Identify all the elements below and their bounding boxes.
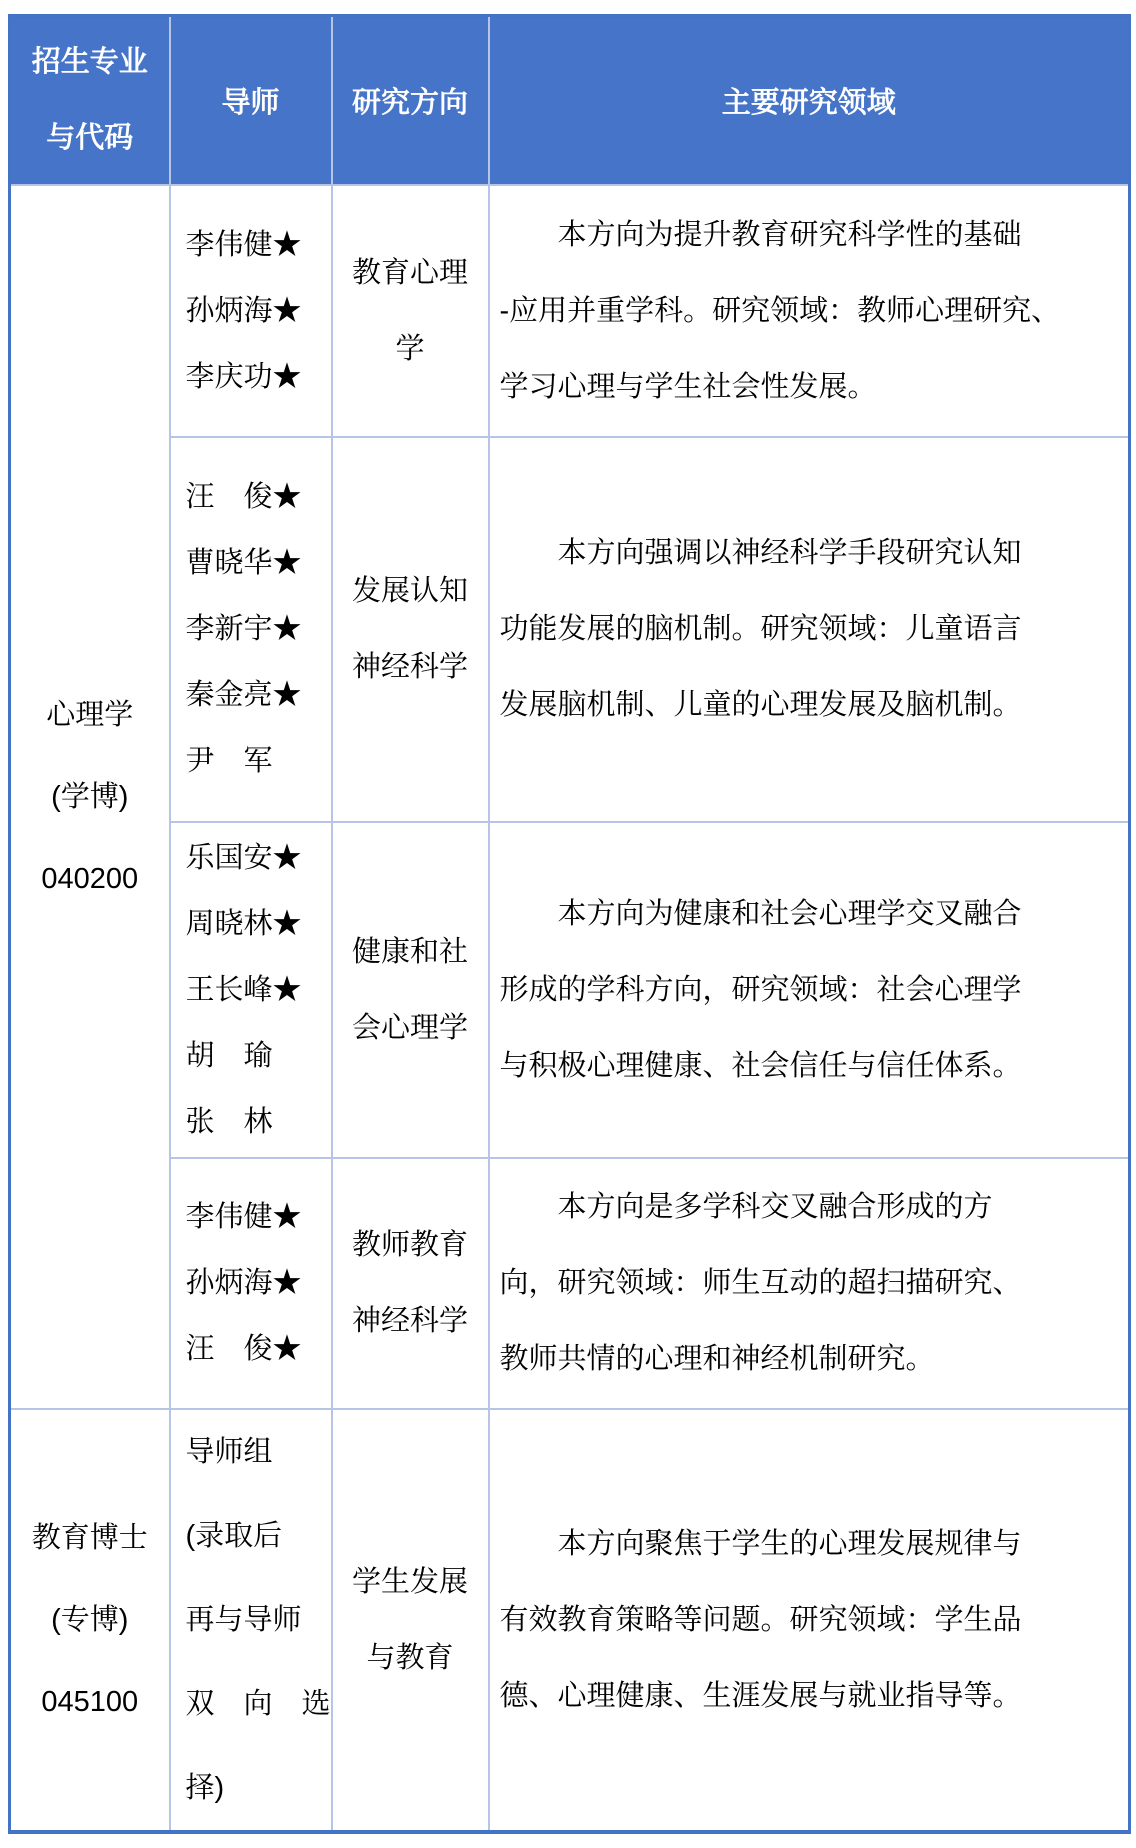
advisor-name: 秦金亮★ (186, 662, 331, 728)
research-line: 本方向是多学科交叉融合形成的方 (500, 1169, 1117, 1245)
advisor-group-line: 再与导师 (186, 1578, 331, 1662)
direction-cell-student-development: 学生发展 与教育 (332, 1409, 489, 1832)
header-advisor: 导师 (170, 16, 332, 185)
table-row-psychology-1: 心理学 (学博) 040200 李伟健★ 孙炳海★ 李庆功★ 教育心理 学 本方… (10, 185, 1130, 437)
research-line: -应用并重学科。研究领域：教师心理研究、 (500, 273, 1117, 349)
direction-cell-teacher-education-neuroscience: 教师教育 神经科学 (332, 1158, 489, 1409)
advisor-name: 李伟健★ (186, 212, 331, 278)
direction-line: 会心理学 (333, 990, 488, 1066)
advisor-cell-student-development: 导师组 (录取后 再与导师 双 向 选 择) (170, 1409, 332, 1832)
major-name: 教育博士 (11, 1497, 169, 1579)
advisor-group-line: 双 向 选 (186, 1662, 331, 1746)
research-line: 教师共情的心理和神经机制研究。 (500, 1321, 1117, 1397)
major-name: 心理学 (11, 674, 169, 756)
advisor-name: 王长峰★ (186, 957, 331, 1023)
research-line: 形成的学科方向，研究领域：社会心理学 (500, 952, 1117, 1028)
advisor-name: 胡 瑜 (186, 1023, 331, 1089)
direction-line: 教师教育 (333, 1207, 488, 1283)
major-degree-type: (学博) (11, 756, 169, 838)
advisor-name: 李庆功★ (186, 344, 331, 410)
research-cell-teacher-education-neuroscience: 本方向是多学科交叉融合形成的方 向，研究领域：师生互动的超扫描研究、 教师共情的… (489, 1158, 1130, 1409)
header-major-line2: 与代码 (11, 100, 169, 176)
research-line: 向，研究领域：师生互动的超扫描研究、 (500, 1245, 1117, 1321)
direction-line: 学生发展 (333, 1544, 488, 1620)
research-cell-health-social-psychology: 本方向为健康和社会心理学交叉融合 形成的学科方向，研究领域：社会心理学 与积极心… (489, 822, 1130, 1158)
direction-line: 神经科学 (333, 629, 488, 705)
table-row-psychology-2: 汪 俊★ 曹晓华★ 李新宇★ 秦金亮★ 尹 军 发展认知 神经科学 本方向强调以… (10, 437, 1130, 822)
direction-line: 教育心理 (333, 235, 488, 311)
direction-cell-developmental-cognitive-neuroscience: 发展认知 神经科学 (332, 437, 489, 822)
advisor-group-line: 导师组 (186, 1410, 331, 1494)
advisor-name: 张 林 (186, 1089, 331, 1155)
direction-line: 与教育 (333, 1620, 488, 1696)
advisor-name: 孙炳海★ (186, 1250, 331, 1316)
major-cell-edd: 教育博士 (专博) 045100 (10, 1409, 170, 1832)
admissions-table: 招生专业 与代码 导师 研究方向 主要研究领域 心理学 (学博) 040200 … (8, 14, 1131, 1834)
research-line: 与积极心理健康、社会信任与信任体系。 (500, 1028, 1117, 1104)
table-row-edd: 教育博士 (专博) 045100 导师组 (录取后 再与导师 双 向 选 择) … (10, 1409, 1130, 1832)
advisor-name: 乐国安★ (186, 825, 331, 891)
research-cell-educational-psychology: 本方向为提升教育研究科学性的基础 -应用并重学科。研究领域：教师心理研究、 学习… (489, 185, 1130, 437)
advisor-cell-developmental-cognitive-neuroscience: 汪 俊★ 曹晓华★ 李新宇★ 秦金亮★ 尹 军 (170, 437, 332, 822)
direction-line: 健康和社 (333, 914, 488, 990)
research-cell-student-development: 本方向聚焦于学生的心理发展规律与 有效教育策略等问题。研究领域：学生品 德、心理… (489, 1409, 1130, 1832)
advisor-name: 汪 俊★ (186, 1316, 331, 1382)
major-cell-psychology: 心理学 (学博) 040200 (10, 185, 170, 1409)
advisor-group-line: 择) (186, 1746, 331, 1830)
table-row-psychology-3: 乐国安★ 周晓林★ 王长峰★ 胡 瑜 张 林 健康和社 会心理学 本方向为健康和… (10, 822, 1130, 1158)
advisor-name: 汪 俊★ (186, 464, 331, 530)
direction-line: 神经科学 (333, 1283, 488, 1359)
major-degree-type: (专博) (11, 1579, 169, 1661)
research-line: 有效教育策略等问题。研究领域：学生品 (500, 1582, 1117, 1658)
research-line: 本方向强调以神经科学手段研究认知 (500, 515, 1117, 591)
advisor-name: 周晓林★ (186, 891, 331, 957)
research-line: 本方向聚焦于学生的心理发展规律与 (500, 1506, 1117, 1582)
research-line: 发展脑机制、儿童的心理发展及脑机制。 (500, 667, 1117, 743)
header-major-line1: 招生专业 (11, 24, 169, 100)
research-line: 学习心理与学生社会性发展。 (500, 349, 1117, 425)
advisor-name: 李伟健★ (186, 1184, 331, 1250)
research-line: 功能发展的脑机制。研究领域：儿童语言 (500, 591, 1117, 667)
direction-line: 发展认知 (333, 553, 488, 629)
header-research: 主要研究领域 (489, 16, 1130, 185)
major-code: 045100 (11, 1661, 169, 1743)
major-code: 040200 (11, 838, 169, 920)
direction-cell-educational-psychology: 教育心理 学 (332, 185, 489, 437)
header-major-code: 招生专业 与代码 (10, 16, 170, 185)
research-line: 本方向为提升教育研究科学性的基础 (500, 197, 1117, 273)
advisor-cell-educational-psychology: 李伟健★ 孙炳海★ 李庆功★ (170, 185, 332, 437)
advisor-cell-health-social-psychology: 乐国安★ 周晓林★ 王长峰★ 胡 瑜 张 林 (170, 822, 332, 1158)
table-row-psychology-4: 李伟健★ 孙炳海★ 汪 俊★ 教师教育 神经科学 本方向是多学科交叉融合形成的方… (10, 1158, 1130, 1409)
research-cell-developmental-cognitive-neuroscience: 本方向强调以神经科学手段研究认知 功能发展的脑机制。研究领域：儿童语言 发展脑机… (489, 437, 1130, 822)
direction-line: 学 (333, 311, 488, 387)
header-direction: 研究方向 (332, 16, 489, 185)
research-line: 德、心理健康、生涯发展与就业指导等。 (500, 1658, 1117, 1734)
direction-cell-health-social-psychology: 健康和社 会心理学 (332, 822, 489, 1158)
advisor-name: 尹 军 (186, 728, 331, 794)
research-line: 本方向为健康和社会心理学交叉融合 (500, 876, 1117, 952)
advisor-name: 孙炳海★ (186, 278, 331, 344)
advisor-name: 曹晓华★ (186, 530, 331, 596)
advisor-name: 李新宇★ (186, 596, 331, 662)
advisor-cell-teacher-education-neuroscience: 李伟健★ 孙炳海★ 汪 俊★ (170, 1158, 332, 1409)
header-row: 招生专业 与代码 导师 研究方向 主要研究领域 (10, 16, 1130, 185)
advisor-group-line: (录取后 (186, 1494, 331, 1578)
